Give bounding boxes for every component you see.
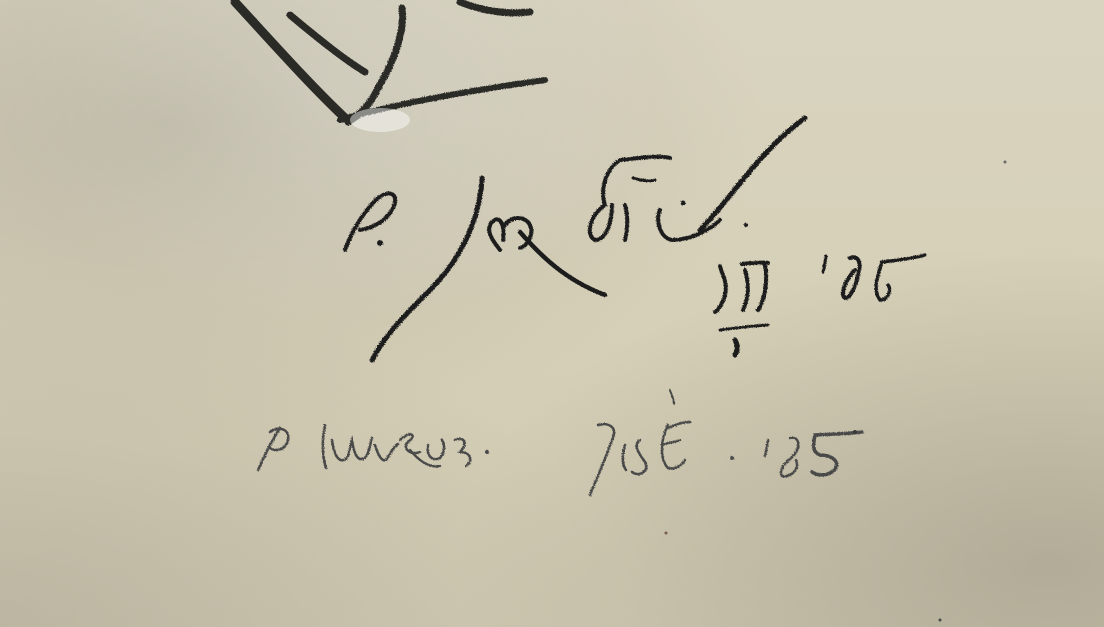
- pencil-inscription: [258, 390, 862, 495]
- signature-year: [715, 255, 925, 355]
- handwriting-layer: [0, 0, 1104, 627]
- signature-main: [345, 118, 805, 360]
- sketch-fragment: [235, 2, 545, 122]
- paper-photo: P. Jardiel '85 הי x Lorenz · José · '85 …: [0, 0, 1104, 627]
